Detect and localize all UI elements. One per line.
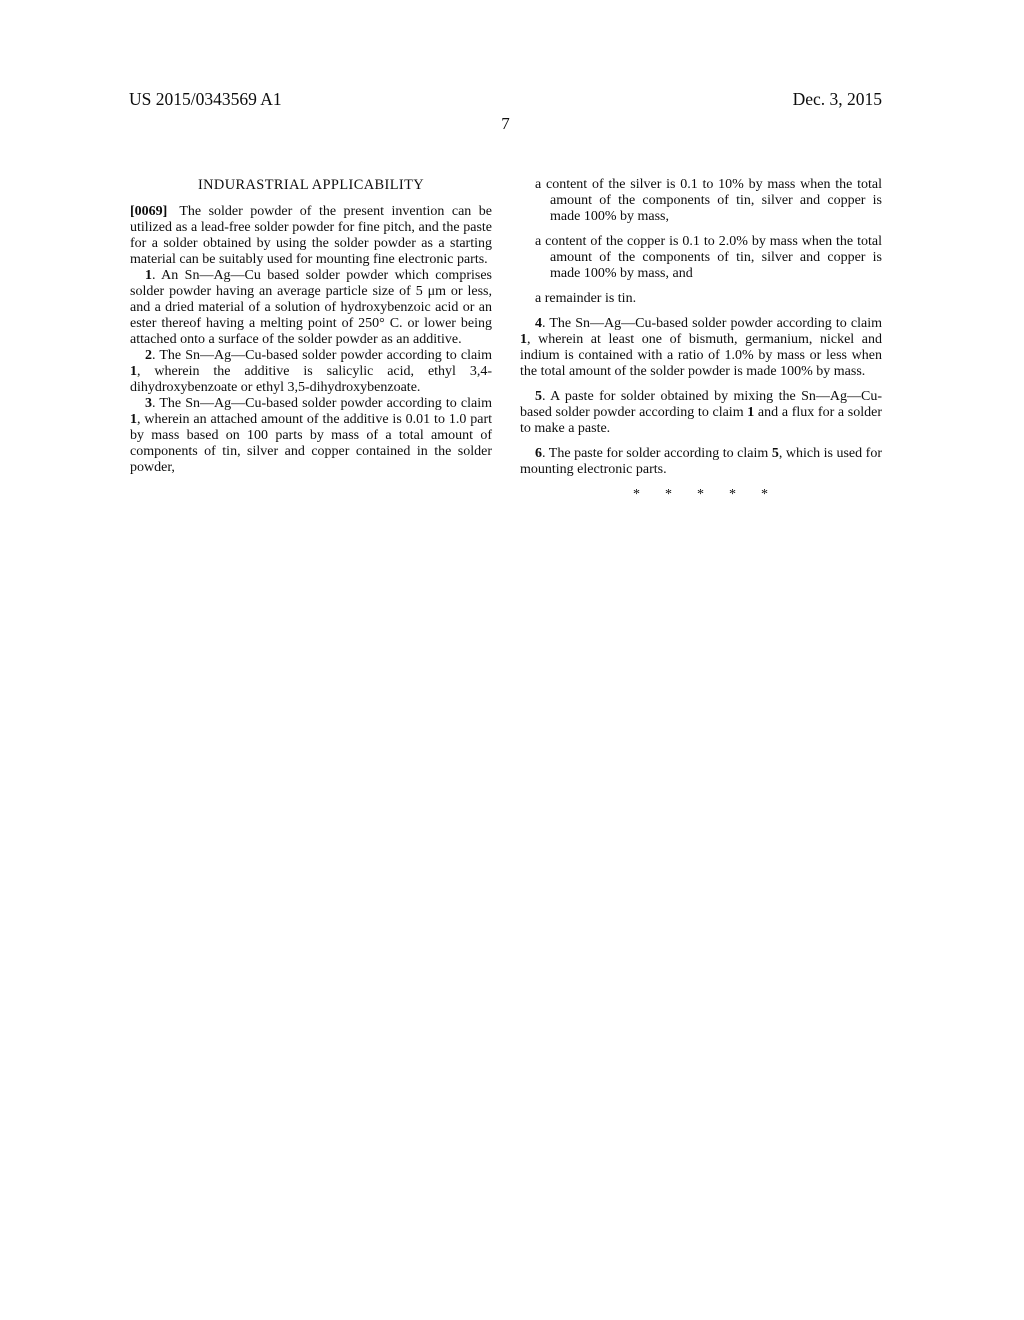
text-run: 1 [130, 364, 137, 379]
claim-2: 2. The Sn—Ag—Cu-based solder powder acco… [130, 348, 492, 396]
claim-5: 5. A paste for solder obtained by mixing… [520, 389, 882, 437]
text-run: 4 [535, 316, 542, 331]
claim-3: 3. The Sn—Ag—Cu-based solder powder acco… [130, 396, 492, 476]
text-run: , wherein an attached amount of the addi… [130, 412, 492, 475]
text-run: 3 [145, 396, 152, 411]
text-run: . The Sn—Ag—Cu-based solder powder accor… [152, 348, 492, 363]
left-column-paragraphs: [0069]The solder powder of the present i… [130, 204, 492, 476]
claim-4: 4. The Sn—Ag—Cu-based solder powder acco… [520, 316, 882, 380]
patent-page: US 2015/0343569 A1 Dec. 3, 2015 7 INDURA… [0, 0, 1024, 1320]
right-column-paragraphs: a content of the silver is 0.1 to 10% by… [520, 177, 882, 478]
left-column: INDURASTRIAL APPLICABILITY [0069]The sol… [130, 177, 492, 503]
claim-1: 1. An Sn—Ag—Cu based solder powder which… [130, 268, 492, 348]
text-run: . The Sn—Ag—Cu-based solder powder accor… [152, 396, 492, 411]
claim-3-subitem-copper: a content of the copper is 0.1 to 2.0% b… [520, 234, 882, 282]
page-header: US 2015/0343569 A1 Dec. 3, 2015 [129, 89, 882, 109]
text-run: The solder powder of the present inventi… [130, 204, 492, 267]
text-run: a content of the copper is 0.1 to 2.0% b… [535, 234, 882, 281]
text-run: . The paste for solder according to clai… [542, 446, 772, 461]
claim-6: 6. The paste for solder according to cla… [520, 446, 882, 478]
paragraph-0069: [0069]The solder powder of the present i… [130, 204, 492, 268]
document-body: INDURASTRIAL APPLICABILITY [0069]The sol… [130, 177, 882, 503]
page-number: 7 [129, 114, 882, 134]
text-run: 1 [130, 412, 137, 427]
text-run: . The Sn—Ag—Cu-based solder powder accor… [542, 316, 882, 331]
claim-3-subitem-silver: a content of the silver is 0.1 to 10% by… [520, 177, 882, 225]
text-run: 2 [145, 348, 152, 363]
text-run: a remainder is tin. [535, 291, 636, 306]
claim-3-subitem-remainder: a remainder is tin. [520, 291, 882, 307]
text-run: 6 [535, 446, 542, 461]
right-column: a content of the silver is 0.1 to 10% by… [520, 177, 882, 503]
end-of-claims-asterisks: * * * * * [520, 487, 882, 503]
text-run: 1 [520, 332, 527, 347]
text-run: 5 [772, 446, 779, 461]
text-run: , wherein at least one of bismuth, germa… [520, 332, 882, 379]
text-run: [0069] [130, 204, 179, 219]
text-run: 1 [145, 268, 152, 283]
publication-date: Dec. 3, 2015 [793, 89, 882, 109]
patent-number: US 2015/0343569 A1 [129, 89, 282, 109]
text-run: . An Sn—Ag—Cu based solder powder which … [130, 268, 492, 347]
text-run: 5 [535, 389, 542, 404]
section-heading: INDURASTRIAL APPLICABILITY [130, 177, 492, 193]
text-run: , wherein the additive is salicylic acid… [130, 364, 492, 395]
text-run: a content of the silver is 0.1 to 10% by… [535, 177, 882, 224]
